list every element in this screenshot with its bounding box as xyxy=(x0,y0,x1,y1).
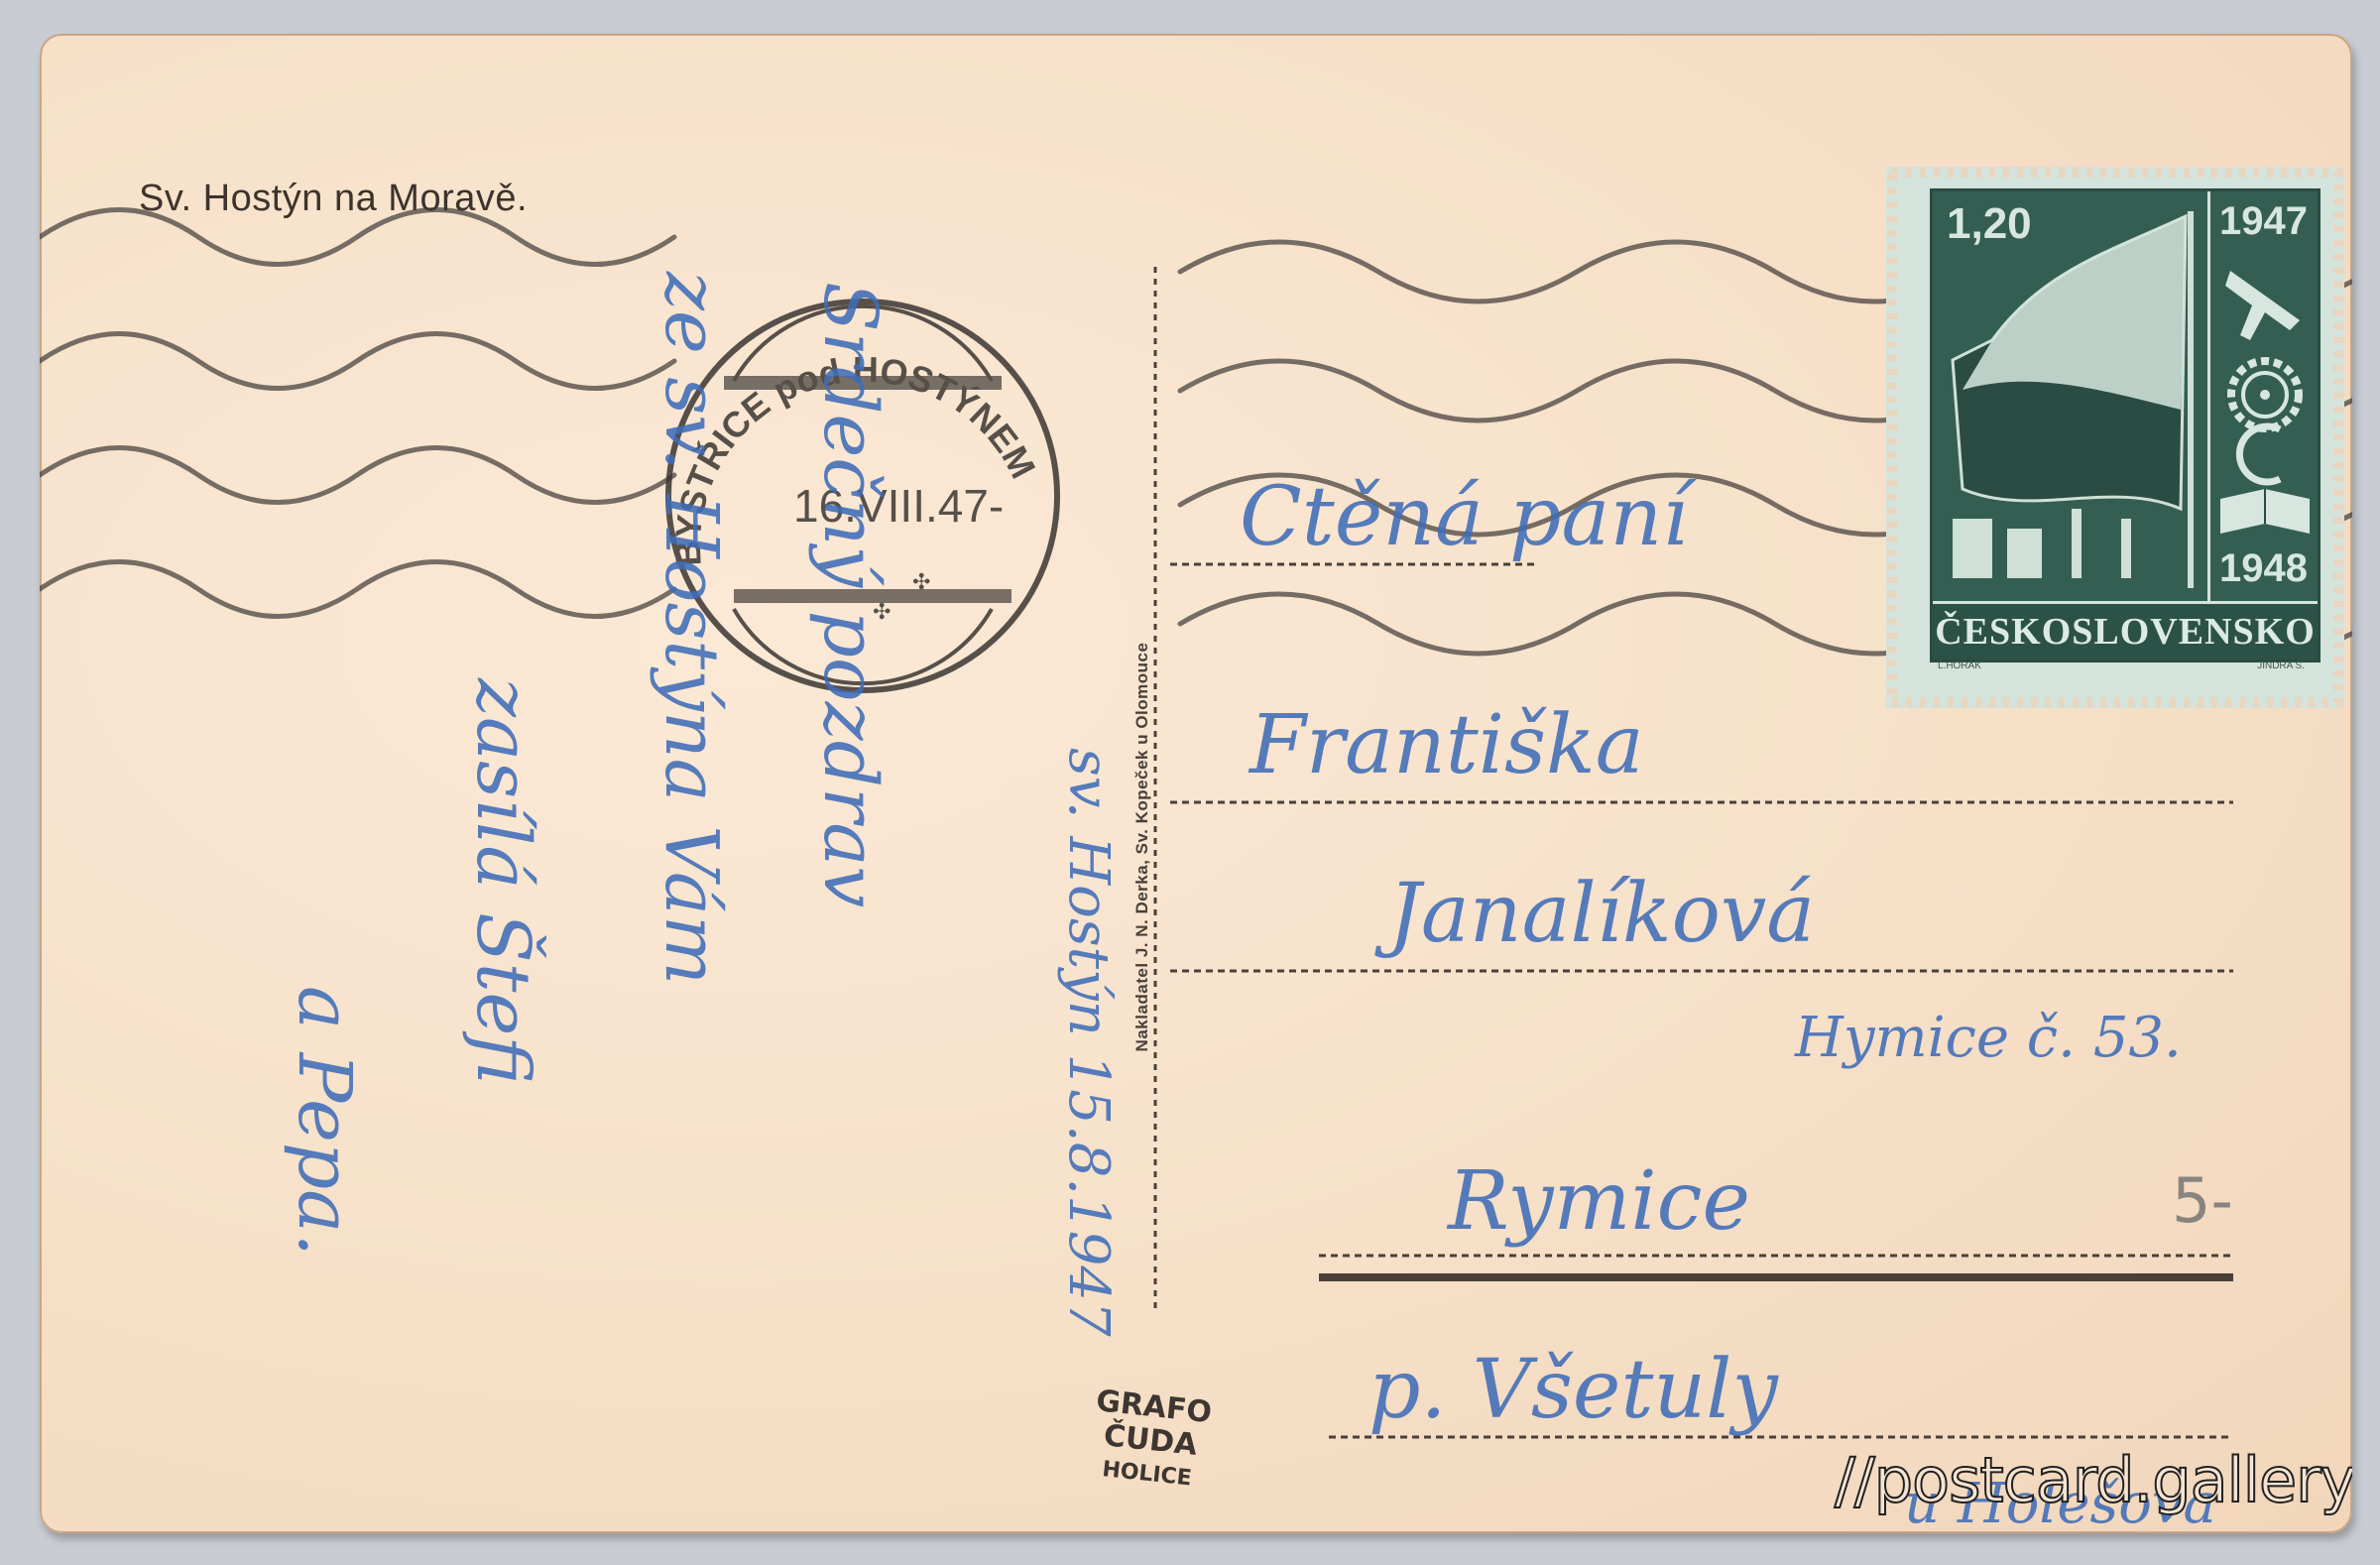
sickle-icon xyxy=(2239,426,2280,482)
publisher-line: Nakladatel J. N. Derka, Sv. Kopeček u Ol… xyxy=(1132,643,1152,1052)
address-street: Hymice č. 53. xyxy=(1795,1006,2182,1070)
card-title: Sv. Hostýn na Moravě. xyxy=(139,178,528,220)
svg-text:✣: ✣ xyxy=(912,569,930,594)
address-town: Rymice xyxy=(1448,1154,1750,1249)
book-icon xyxy=(2220,489,2310,534)
pencil-note: 5- xyxy=(2172,1164,2233,1237)
flag-icon xyxy=(1933,191,2210,602)
printer-mark: GRAFO ČUDA HOLICE xyxy=(1046,1381,1254,1502)
stamp-country: ČESKOSLOVENSKO xyxy=(1933,601,2318,660)
stamp-side-panel: 1947 1948 xyxy=(2207,191,2318,602)
stamp-engraver: L.HORÁK xyxy=(1938,661,1981,671)
wavy-cancellation-left xyxy=(40,210,674,617)
address-district: p. Všetuly xyxy=(1368,1343,1778,1437)
address-first-name: Františka xyxy=(1249,698,1644,792)
airplane-icon xyxy=(2225,271,2300,340)
stamp-value: 1,20 xyxy=(1947,199,2032,249)
stamp-printer: JINDRA S. xyxy=(2257,661,2305,671)
stamp-design: 1,20 xyxy=(1930,188,2320,662)
postcard-back: BYSTŘICE pod HOSTÝNEM 16.VIII.47- ✣ ✣ Sv… xyxy=(40,34,2352,1533)
message-side-note: sv. Hostýn 15.8.1947 xyxy=(1056,748,1121,1337)
stamp-year-bottom: 1948 xyxy=(2219,546,2308,591)
message-line-4: a Pepa. xyxy=(282,986,367,1257)
postage-stamp: 1,20 xyxy=(1886,167,2344,708)
watermark: //postcard.gallery xyxy=(1835,1444,2352,1516)
message-line-3: zasílá Štefi xyxy=(460,678,545,1085)
gear-icon xyxy=(2231,361,2299,428)
message-line-2: ze sv. Hostýna Vám xyxy=(649,272,734,985)
factory-icon xyxy=(1953,509,2131,578)
message-line-1: Srdečný pozdrav xyxy=(807,282,892,907)
stamp-year-top: 1947 xyxy=(2219,199,2308,244)
address-salutation: Ctěná paní xyxy=(1240,470,1688,564)
address-surname: Janalíková xyxy=(1388,867,1815,961)
